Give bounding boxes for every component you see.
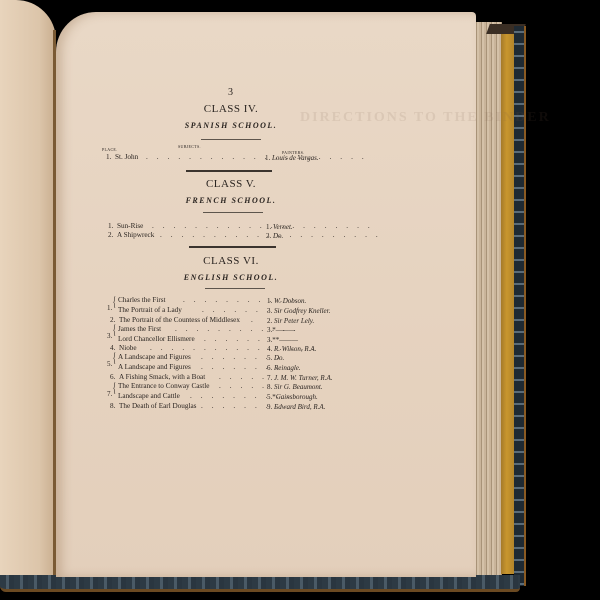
painter-entry: 3. Sir Godfrey Kneller. <box>267 307 330 315</box>
list-item: 2.The Portrait of the Countess of Middle… <box>110 316 240 324</box>
dot-leader: . . . . . . . <box>204 335 274 343</box>
painter-entry: 7. J. M. W. Turner, R.A. <box>267 374 332 382</box>
list-item: Lord Chancellor Ellismere <box>118 335 195 343</box>
brace: { <box>113 352 116 366</box>
painter-entry: 5.*Gainsborough. <box>267 393 318 401</box>
section-divider <box>186 170 272 172</box>
entry-number: 1. <box>107 304 112 312</box>
divider <box>201 139 261 140</box>
school-title: SPANISH SCHOOL. <box>131 121 331 130</box>
painter-entry: 8. Sir G. Beaumont. <box>267 383 323 391</box>
list-item: 1.Sun-Rise <box>108 222 143 230</box>
painter-entry: 3.**——— <box>267 336 298 344</box>
class-title: CLASS IV. <box>131 103 331 115</box>
painter-entry: 1. W. Dobson. <box>267 297 306 305</box>
list-item: A Landscape and Figures <box>118 363 191 371</box>
painter-entry: 2. Do. <box>266 232 283 240</box>
list-item: 8.The Death of Earl Douglas <box>110 402 196 410</box>
list-item: 1.St. John <box>106 153 138 161</box>
list-item: 6.A Fishing Smack, with a Boat <box>110 373 205 381</box>
school-title: FRENCH SCHOOL. <box>131 196 331 205</box>
list-item: A Landscape and Figures <box>118 353 191 361</box>
painter-entry: 2. Sir Peter Lely. <box>267 317 314 325</box>
painter-entry: 6. Reinagle. <box>267 364 301 372</box>
page-content: DIRECTIONS TO THE BINDER 3 CLASS IV. SPA… <box>0 0 600 600</box>
class-title: CLASS VI. <box>131 255 331 267</box>
painter-entry: 5. Do. <box>267 354 284 362</box>
bleed-through-text: DIRECTIONS TO THE BINDER <box>300 110 551 126</box>
entry-number: 3. <box>107 332 112 340</box>
column-header-place: PLACE. <box>102 147 117 152</box>
dot-leader: . <box>251 316 253 324</box>
column-header-subjects: SUBJECTS. <box>178 144 201 149</box>
dot-leader: . . . . . <box>219 382 268 390</box>
page-number: 3 <box>228 87 233 98</box>
list-item: The Entrance to Conway Castle <box>118 382 209 390</box>
brace: { <box>113 382 116 396</box>
list-item: The Portrait of a Lady <box>118 306 182 314</box>
class-title: CLASS V. <box>131 178 331 190</box>
entry-number: 7. <box>107 390 112 398</box>
section-divider <box>189 246 276 248</box>
divider <box>205 288 265 289</box>
dot-leader: . . . . . . . . . . . . . . . . . . . . … <box>152 222 373 230</box>
list-item: Charles the First <box>118 296 166 304</box>
painter-entry: 9. Edward Bird, R.A. <box>267 403 325 411</box>
painter-entry: 4. R. Wilson, R.A. <box>267 345 316 353</box>
school-title: ENGLISH SCHOOL. <box>131 273 331 282</box>
entry-number: 5. <box>107 360 112 368</box>
list-item: 2.A Shipwreck <box>108 231 154 239</box>
dot-leader: . . . . . . . . . . . . . . . . . . . . … <box>146 153 367 161</box>
list-item: Landscape and Cattle <box>118 392 180 400</box>
painter-entry: 1. Louis de Vargas. <box>265 154 319 162</box>
brace: { <box>113 296 116 310</box>
divider <box>203 212 263 213</box>
dot-leader: . . . . . <box>219 373 268 381</box>
painter-entry: 3.*——— <box>267 326 294 334</box>
brace: { <box>113 324 116 338</box>
painter-entry: 1. Vernet. <box>266 223 293 231</box>
list-item: James the First <box>118 325 161 333</box>
